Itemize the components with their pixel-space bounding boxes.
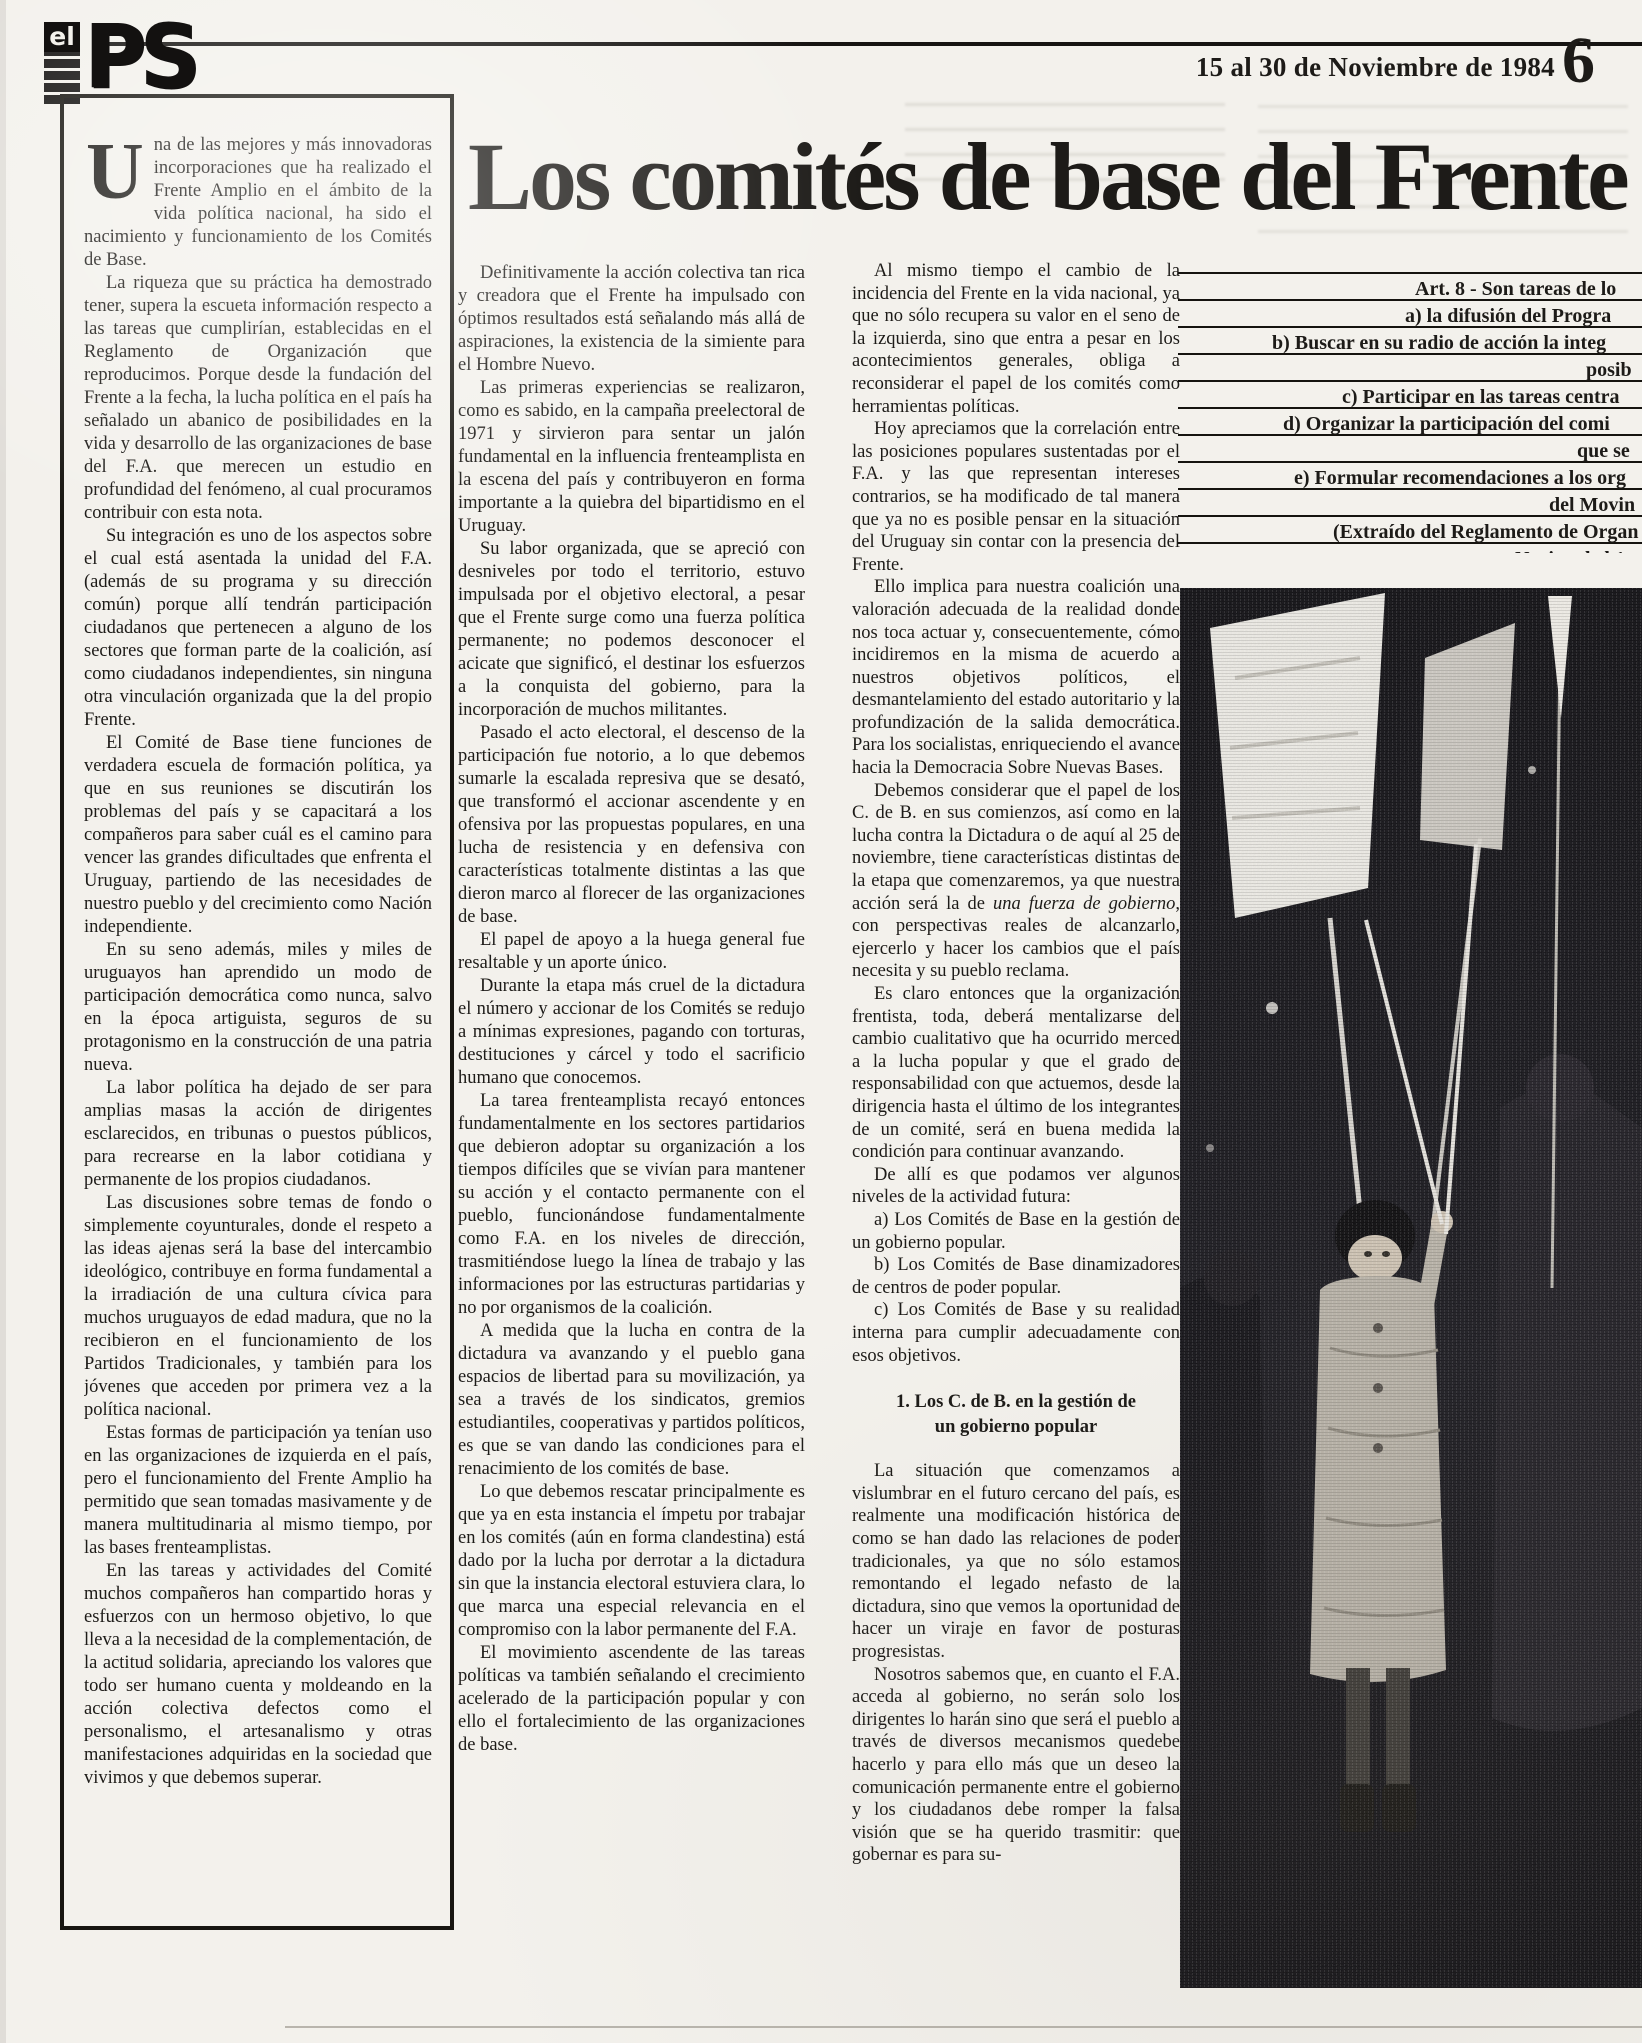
paragraph: La labor política ha dejado de ser para … <box>84 1077 432 1192</box>
paragraph: La situación que comenzamos a vislumbrar… <box>852 1460 1180 1663</box>
reglamento-list: Art. 8 - Son tareas de lo a) la difusión… <box>1178 272 1642 553</box>
list-item: Art. 8 - Son tareas de lo <box>1178 274 1642 301</box>
paragraph: Lo que debemos rescatar principalmente e… <box>458 1481 805 1642</box>
drop-cap: U <box>84 134 154 204</box>
intro-box: Una de las mejores y más innovadoras inc… <box>60 94 454 1930</box>
scan-edge-line <box>285 2026 1642 2028</box>
paragraph: La tarea frenteamplista recayó entonces … <box>458 1090 805 1320</box>
list-item-text: Art. 8 - Son tareas de lo <box>1415 277 1616 301</box>
body-column-3: Al mismo tiempo el cambio de la incidenc… <box>852 260 1180 2006</box>
paragraph: Estas formas de participación ya tenían … <box>84 1422 432 1560</box>
paragraph: Durante la etapa más cruel de la dictadu… <box>458 975 805 1090</box>
list-item: c) Los Comités de Base y su realidad int… <box>852 1299 1180 1367</box>
paragraph: Definitivamente la acción colectiva tan … <box>458 262 805 377</box>
paragraph: En las tareas y actividades del Comité m… <box>84 1560 432 1790</box>
photo-night-march <box>1180 588 1642 1988</box>
list-item-text: b) Buscar en su radio de acción la integ <box>1272 331 1606 355</box>
paragraph: Una de las mejores y más innovadoras inc… <box>84 134 432 272</box>
paragraph: Las primeras experiencias se realizaron,… <box>458 377 805 538</box>
italic-phrase: una fuerza de gobierno <box>993 894 1175 914</box>
masthead-rule <box>92 42 1642 46</box>
paragraph: En su seno además, miles y miles de urug… <box>84 939 432 1077</box>
paragraph: El movimiento ascendente de las tareas p… <box>458 1642 805 1757</box>
paragraph: Su integración es uno de los aspectos so… <box>84 525 432 732</box>
newspaper-page: el PS 15 al 30 de Noviembre de 1984 6 Lo… <box>0 0 1642 2043</box>
list-item-text: d) Organizar la participación del comi <box>1283 412 1610 436</box>
paragraph: A medida que la lucha en contra de la di… <box>458 1320 805 1481</box>
scan-edge-shadow <box>0 0 6 2043</box>
list-item: b) Buscar en su radio de acción la integ <box>1178 328 1642 355</box>
list-item: b) Los Comités de Base dinamizadores de … <box>852 1254 1180 1299</box>
paragraph: La riqueza que su práctica ha demostrado… <box>84 272 432 525</box>
list-item-text: Nacional el 1 <box>1515 547 1625 553</box>
list-item: que se <box>1178 436 1642 463</box>
logo-ps-text: PS <box>84 20 194 94</box>
logo-el-text: el <box>44 22 80 52</box>
paragraph: De allí es que podamos ver algunos nivel… <box>852 1164 1180 1209</box>
paragraph: Las discusiones sobre temas de fondo o s… <box>84 1192 432 1422</box>
paragraph: El Comité de Base tiene funciones de ver… <box>84 732 432 939</box>
paragraph: Al mismo tiempo el cambio de la incidenc… <box>852 260 1180 418</box>
list-item-text: e) Formular recomendaciones a los org <box>1294 466 1626 490</box>
list-item-text: posib <box>1586 358 1632 382</box>
list-item: d) Organizar la participación del comi <box>1178 409 1642 436</box>
edition-date: 15 al 30 de Noviembre de 1984 <box>1100 52 1555 83</box>
list-item: del Movin <box>1178 490 1642 517</box>
list-item: (Extraído del Reglamento de Organ <box>1178 517 1642 544</box>
paragraph: El papel de apoyo a la huega general fue… <box>458 929 805 975</box>
paragraph: Nosotros sabemos que, en cuanto el F.A. … <box>852 1664 1180 1867</box>
list-item-text: del Movin <box>1549 493 1635 517</box>
list-item: e) Formular recomendaciones a los org <box>1178 463 1642 490</box>
photo-illustration <box>1180 588 1642 1988</box>
list-item-text: que se <box>1577 439 1630 463</box>
paragraph: Es claro entonces que la organización fr… <box>852 983 1180 1164</box>
paragraph: Hoy apreciamos que la correlación entre … <box>852 418 1180 576</box>
paragraph: Su labor organizada, que se apreció con … <box>458 538 805 722</box>
list-item: Nacional el 1 <box>1178 544 1642 553</box>
section-subhead: 1. Los C. de B. en la gestión de <box>852 1391 1180 1414</box>
paragraph: Pasado el acto electoral, el descenso de… <box>458 722 805 929</box>
list-item: a) Los Comités de Base en la gestión de … <box>852 1209 1180 1254</box>
newspaper-logo: el PS <box>44 22 234 106</box>
article-headline: Los comités de base del Frente Amplio <box>468 122 1642 240</box>
list-item-text: a) la difusión del Progra <box>1405 304 1611 328</box>
list-item: c) Participar en las tareas centra <box>1178 382 1642 409</box>
list-item: posib <box>1178 355 1642 382</box>
list-item: a) la difusión del Progra <box>1178 301 1642 328</box>
list-item-text: c) Participar en las tareas centra <box>1342 385 1620 409</box>
body-column-2: Definitivamente la acción colectiva tan … <box>458 262 805 2002</box>
list-item-text: (Extraído del Reglamento de Organ <box>1333 520 1639 544</box>
intro-column: Una de las mejores y más innovadoras inc… <box>84 134 432 1904</box>
page-number: 6 <box>1562 28 1595 94</box>
section-subhead: un gobierno popular <box>852 1416 1180 1439</box>
paragraph: Debemos considerar que el papel de los C… <box>852 780 1180 983</box>
paragraph: Ello implica para nuestra coalición una … <box>852 576 1180 779</box>
